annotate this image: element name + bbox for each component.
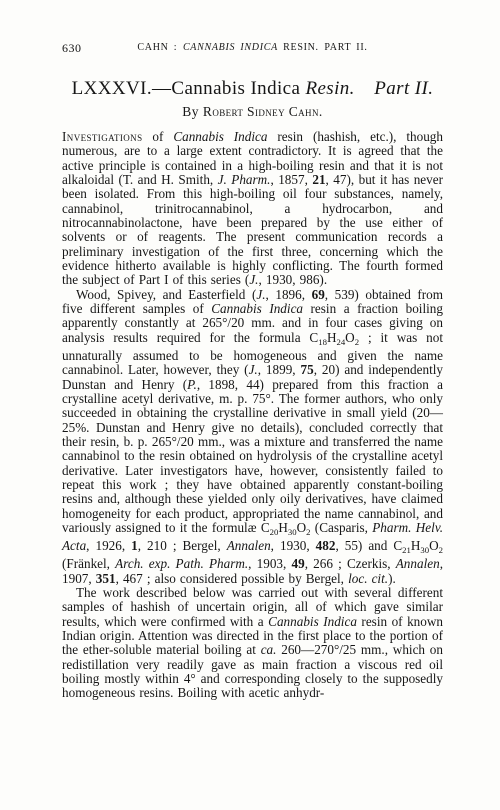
text-segment: ).	[388, 571, 396, 586]
text-segment: , 1930, 986).	[258, 272, 327, 287]
text-segment: Investigations	[62, 129, 143, 144]
text-segment: , 1899,	[258, 362, 301, 377]
text-segment: O	[345, 330, 355, 345]
text-segment: J.	[256, 287, 265, 302]
text-segment: Cannabis Indica	[268, 614, 357, 629]
text-segment: Arch. exp. Path. Pharm.	[115, 556, 248, 571]
text-segment: CANNABIS INDICA	[183, 42, 278, 53]
text-segment: Resin.	[305, 78, 354, 99]
text-segment: 482	[316, 538, 336, 553]
text-segment: 49	[292, 556, 305, 571]
text-segment: , 1926,	[86, 538, 131, 553]
text-segment: , 1930,	[271, 538, 316, 553]
text-segment: , 47), but it has never been isolated. F…	[62, 172, 443, 287]
text-segment: (Casparis,	[310, 520, 372, 535]
text-segment: .	[319, 104, 323, 119]
running-title: CAHN : CANNABIS INDICA RESIN. PART II.	[137, 42, 367, 53]
text-segment: 18	[318, 337, 327, 347]
text-segment: H	[411, 538, 421, 553]
text-segment: 21	[402, 545, 411, 555]
text-segment: J. Pharm.	[218, 172, 271, 187]
text-segment: , 1896,	[266, 287, 312, 302]
text-segment: Annalen	[227, 538, 271, 553]
text-segment: , 1898, 44) prepared from this fraction …	[62, 377, 443, 535]
text-segment: 30	[420, 545, 429, 555]
text-segment: By	[182, 104, 203, 119]
text-segment: Part II.	[374, 78, 433, 99]
text-segment: LXXXVI.—Cannabis Indica	[72, 78, 306, 99]
text-segment: Wood, Spivey, and Easterfield (	[76, 287, 256, 302]
text-segment: 69	[312, 287, 325, 302]
text-segment: P.	[187, 377, 197, 392]
text-segment: Annalen	[396, 556, 440, 571]
text-segment: O	[429, 538, 439, 553]
text-segment: , 210 ; Bergel,	[138, 538, 227, 553]
text-segment: 2	[439, 545, 443, 555]
text-segment	[355, 78, 374, 99]
text-segment: J.	[249, 362, 258, 377]
text-segment: CAHN :	[137, 42, 183, 53]
text-segment: , 55) and C	[335, 538, 402, 553]
article-byline: By Robert Sidney Cahn.	[62, 103, 443, 120]
paragraph: Wood, Spivey, and Easterfield (J., 1896,…	[62, 288, 443, 586]
text-segment: H	[278, 520, 288, 535]
text-segment: , 467 ; also considered possible by Berg…	[116, 571, 349, 586]
text-segment: Robert Sidney Cahn	[203, 104, 319, 119]
paragraph: Investigations of Cannabis Indica resin …	[62, 130, 443, 288]
text-segment: 24	[336, 337, 345, 347]
journal-page: 630 CAHN : CANNABIS INDICA RESIN. PART I…	[0, 0, 500, 810]
text-segment: 351	[96, 571, 116, 586]
text-segment: 75	[301, 362, 314, 377]
text-segment: ca.	[261, 642, 277, 657]
text-segment: of	[143, 129, 174, 144]
text-segment: , 1903,	[248, 556, 291, 571]
text-segment: , 266 ; Czerkis,	[305, 556, 396, 571]
text-segment: Cannabis Indica	[173, 129, 267, 144]
running-header: 630 CAHN : CANNABIS INDICA RESIN. PART I…	[62, 42, 443, 56]
text-segment: , 1857,	[270, 172, 312, 187]
text-segment: RESIN. PART II.	[278, 42, 368, 53]
article-body: Investigations of Cannabis Indica resin …	[62, 130, 443, 701]
text-segment: Cannabis Indica	[211, 301, 303, 316]
text-segment: (Fränkel,	[62, 556, 115, 571]
text-segment: 30	[288, 527, 297, 537]
text-segment: 1	[131, 538, 138, 553]
paragraph: The work described below was carried out…	[62, 586, 443, 701]
article-title: LXXXVI.—Cannabis Indica Resin. Part II.	[62, 78, 443, 99]
text-segment: 21	[312, 172, 325, 187]
text-segment: O	[297, 520, 307, 535]
page-number: 630	[62, 41, 82, 56]
text-segment: loc. cit.	[348, 571, 388, 586]
